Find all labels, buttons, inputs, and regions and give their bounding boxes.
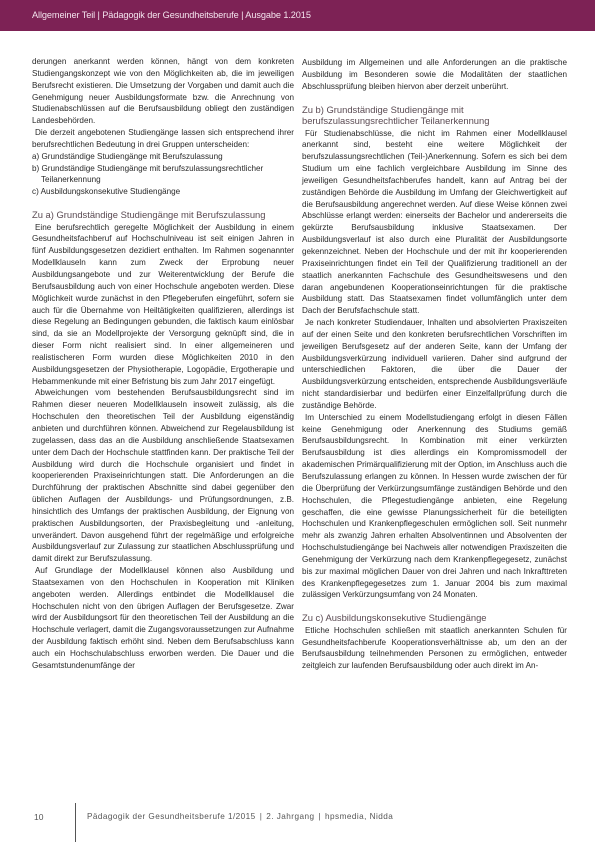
group-list: a) Grundständige Studiengänge mit Berufs… (32, 151, 294, 198)
paragraph: Etliche Hochschulen schließen mit staatl… (302, 625, 567, 672)
section-heading-c: Zu c) Ausbildungskonsekutive Studiengäng… (302, 612, 567, 624)
list-item: a) Grundständige Studiengänge mit Berufs… (32, 151, 294, 163)
paragraph: Je nach konkreter Studiendauer, Inhalten… (302, 317, 567, 412)
paragraph: Ausbildung im Allgemeinen und alle Anfor… (302, 57, 567, 93)
footer-separator: | (318, 812, 321, 821)
section-heading-b: Zu b) Grundständige Studiengänge mit ber… (302, 104, 567, 127)
paragraph: Die derzeit angebotenen Studiengänge las… (32, 127, 294, 151)
paragraph: Im Unterschied zu einem Modellstudiengan… (302, 412, 567, 602)
paragraph: Abweichungen vom bestehenden Berufsausbi… (32, 387, 294, 565)
list-item: c) Ausbildungskonsekutive Studiengänge (32, 186, 294, 198)
footer-publisher: hpsmedia, Nidda (325, 812, 393, 821)
paragraph: derungen anerkannt werden können, hängt … (32, 56, 294, 127)
running-header: Allgemeiner Teil | Pädagogik der Gesundh… (0, 0, 595, 31)
list-item: b) Grundständige Studiengänge mit berufs… (32, 163, 294, 187)
paragraph: Eine berufsrechtlich geregelte Möglichke… (32, 222, 294, 388)
left-column: derungen anerkannt werden können, hängt … (32, 56, 294, 672)
section-heading-a: Zu a) Grundständige Studiengänge mit Ber… (32, 209, 294, 221)
footer-citation: Pädagogik der Gesundheitsberufe 1/2015|2… (87, 812, 393, 821)
page-number: 10 (34, 812, 43, 822)
running-header-title: Allgemeiner Teil | Pädagogik der Gesundh… (32, 10, 311, 20)
footer-journal: Pädagogik der Gesundheitsberufe 1/2015 (87, 812, 256, 821)
footer-separator: | (260, 812, 263, 821)
footer-volume: 2. Jahrgang (266, 812, 314, 821)
footer-divider (75, 803, 76, 842)
paragraph: Für Studienabschlüsse, die nicht im Rahm… (302, 128, 567, 318)
paragraph: Auf Grundlage der Modellklausel können a… (32, 565, 294, 672)
right-column: Ausbildung im Allgemeinen und alle Anfor… (302, 57, 567, 672)
